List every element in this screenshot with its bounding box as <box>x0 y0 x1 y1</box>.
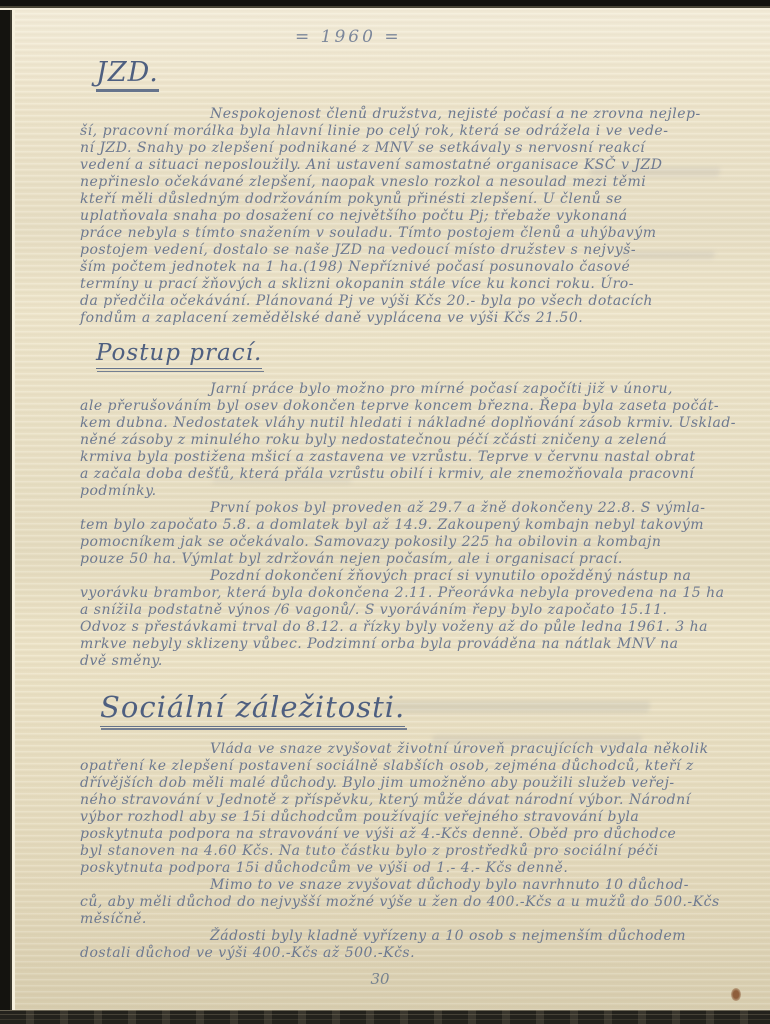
handwritten-line: nepřineslo očekávané zlepšení, naopak vn… <box>80 174 728 191</box>
handwritten-line: vyorávku brambor, která byla dokončena 2… <box>80 585 728 602</box>
section-social: Sociální záležitosti.Vláda ve snaze zvyš… <box>80 670 728 961</box>
handwritten-line: krmiva byla postižena mšicí a zastavena … <box>80 449 728 466</box>
handwritten-line: kem dubna. Nedostatek vláhy nutil hledat… <box>80 415 728 432</box>
handwritten-line: dřívějších dob měli malé důchody. Bylo j… <box>80 775 728 792</box>
handwritten-line: vedení a situaci neposloužily. Ani ustav… <box>80 157 728 174</box>
handwritten-line: opatření ke zlepšení postavení sociálně … <box>80 758 728 775</box>
paragraph: Vláda ve snaze zvyšovat životní úroveň p… <box>80 741 728 877</box>
handwritten-line: pouze 50 ha. Výmlat byl zdržován nejen p… <box>80 551 728 568</box>
scan-edge-top <box>0 0 770 10</box>
year-header: = 1960 = <box>295 27 402 47</box>
handwritten-line: ším počtem jednotek na 1 ha.(198) Nepříz… <box>80 259 728 276</box>
handwritten-line: něné zásoby z minulého roku byly nedosta… <box>80 432 728 449</box>
paragraph: Mimo to ve snaze zvyšovat důchody bylo n… <box>80 877 728 928</box>
handwritten-line: dostali důchod ve výši 400.-Kčs až 500.-… <box>80 945 728 962</box>
section-heading: Postup prací. <box>96 341 262 369</box>
handwritten-line: byl stanoven na 4.60 Kčs. Na tuto částku… <box>80 843 728 860</box>
handwritten-line: termíny u prací žňových a sklizni okopan… <box>80 276 728 293</box>
handwritten-line: ců, aby měli důchod do nejvyšší možné vý… <box>80 894 728 911</box>
handwritten-line: Žádosti byly kladně vyřízeny a 10 osob s… <box>80 928 728 945</box>
section-jzd: JZD.Nespokojenost členů družstva, nejist… <box>80 59 728 327</box>
stain-mark <box>731 988 741 1001</box>
paragraph: Žádosti byly kladně vyřízeny a 10 osob s… <box>80 928 728 962</box>
handwritten-line: ní JZD. Snahy po zlepšení podnikané z MN… <box>80 140 728 157</box>
paper-sheet: = 1960 = JZD.Nespokojenost členů družstv… <box>12 7 770 1010</box>
handwritten-line: První pokos byl proveden až 29.7 a žně d… <box>80 500 728 517</box>
handwritten-line: ného stravování v Jednotě z příspěvku, k… <box>80 792 728 809</box>
handwritten-line: da předčila očekávání. Plánovaná Pj ve v… <box>80 293 728 310</box>
paragraph: Nespokojenost členů družstva, nejisté po… <box>80 106 728 327</box>
paragraph: První pokos byl proveden až 29.7 a žně d… <box>80 500 728 568</box>
handwritten-line: ší, pracovní morálka byla hlavní linie p… <box>80 123 728 140</box>
handwritten-line: měsíčně. <box>80 911 728 928</box>
handwritten-line: a snížila podstatně výnos /6 vagonů/. S … <box>80 602 728 619</box>
handwritten-line: postojem vedení, dostalo se naše JZD na … <box>80 242 728 259</box>
section-postup: Postup prací.Jarní práce bylo možno pro … <box>80 327 728 670</box>
handwritten-line: Mimo to ve snaze zvyšovat důchody bylo n… <box>80 877 728 894</box>
paragraph: Jarní práce bylo možno pro mírné počasí … <box>80 381 728 500</box>
handwritten-line: Odvoz s přestávkami trval do 8.12. a říz… <box>80 619 728 636</box>
handwritten-line: poskytnuta podpora na stravování ve výši… <box>80 826 728 843</box>
paragraph: Pozdní dokončení žňových prací si vynuti… <box>80 568 728 670</box>
section-heading: Sociální záležitosti. <box>100 692 405 726</box>
scan-edge-left <box>0 0 15 1024</box>
handwritten-line: mrkve nebyly sklizeny vůbec. Podzimní or… <box>80 636 728 653</box>
handwritten-line: uplatňovala snaha po dosažení co největš… <box>80 208 728 225</box>
handwritten-line: poskytnuta podpora 15i důchodcům ve výši… <box>80 860 728 877</box>
handwritten-line: Vláda ve snaze zvyšovat životní úroveň p… <box>80 741 728 758</box>
handwritten-line: kteří měli důsledným dodržováním pokynů … <box>80 191 728 208</box>
handwritten-line: Jarní práce bylo možno pro mírné počasí … <box>80 381 728 398</box>
handwritten-line: ale přerušováním byl osev dokončen teprv… <box>80 398 728 415</box>
section-heading: JZD. <box>96 59 159 92</box>
chronicle-sections: JZD.Nespokojenost členů družstva, nejist… <box>80 59 728 962</box>
handwritten-line: podmínky. <box>80 483 728 500</box>
page-number: 30 <box>12 970 748 988</box>
handwritten-line: Pozdní dokončení žňových prací si vynuti… <box>80 568 728 585</box>
scan-edge-bottom <box>0 1010 770 1024</box>
handwritten-line: fondům a zaplacení zemědělské daně vyplá… <box>80 310 728 327</box>
handwritten-line: dvě směny. <box>80 653 728 670</box>
handwritten-line: výbor rozhodl aby se 15i důchodcům použí… <box>80 809 728 826</box>
scanned-page: = 1960 = JZD.Nespokojenost členů družstv… <box>0 0 770 1024</box>
handwritten-line: a začala doba dešťů, která přála vzrůstu… <box>80 466 728 483</box>
handwritten-line: tem bylo započato 5.8. a domlatek byl až… <box>80 517 728 534</box>
handwritten-line: práce nebyla s tímto snažením v souladu.… <box>80 225 728 242</box>
handwritten-line: pomocníkem jak se očekávalo. Samovazy po… <box>80 534 728 551</box>
handwritten-line: Nespokojenost členů družstva, nejisté po… <box>80 106 728 123</box>
